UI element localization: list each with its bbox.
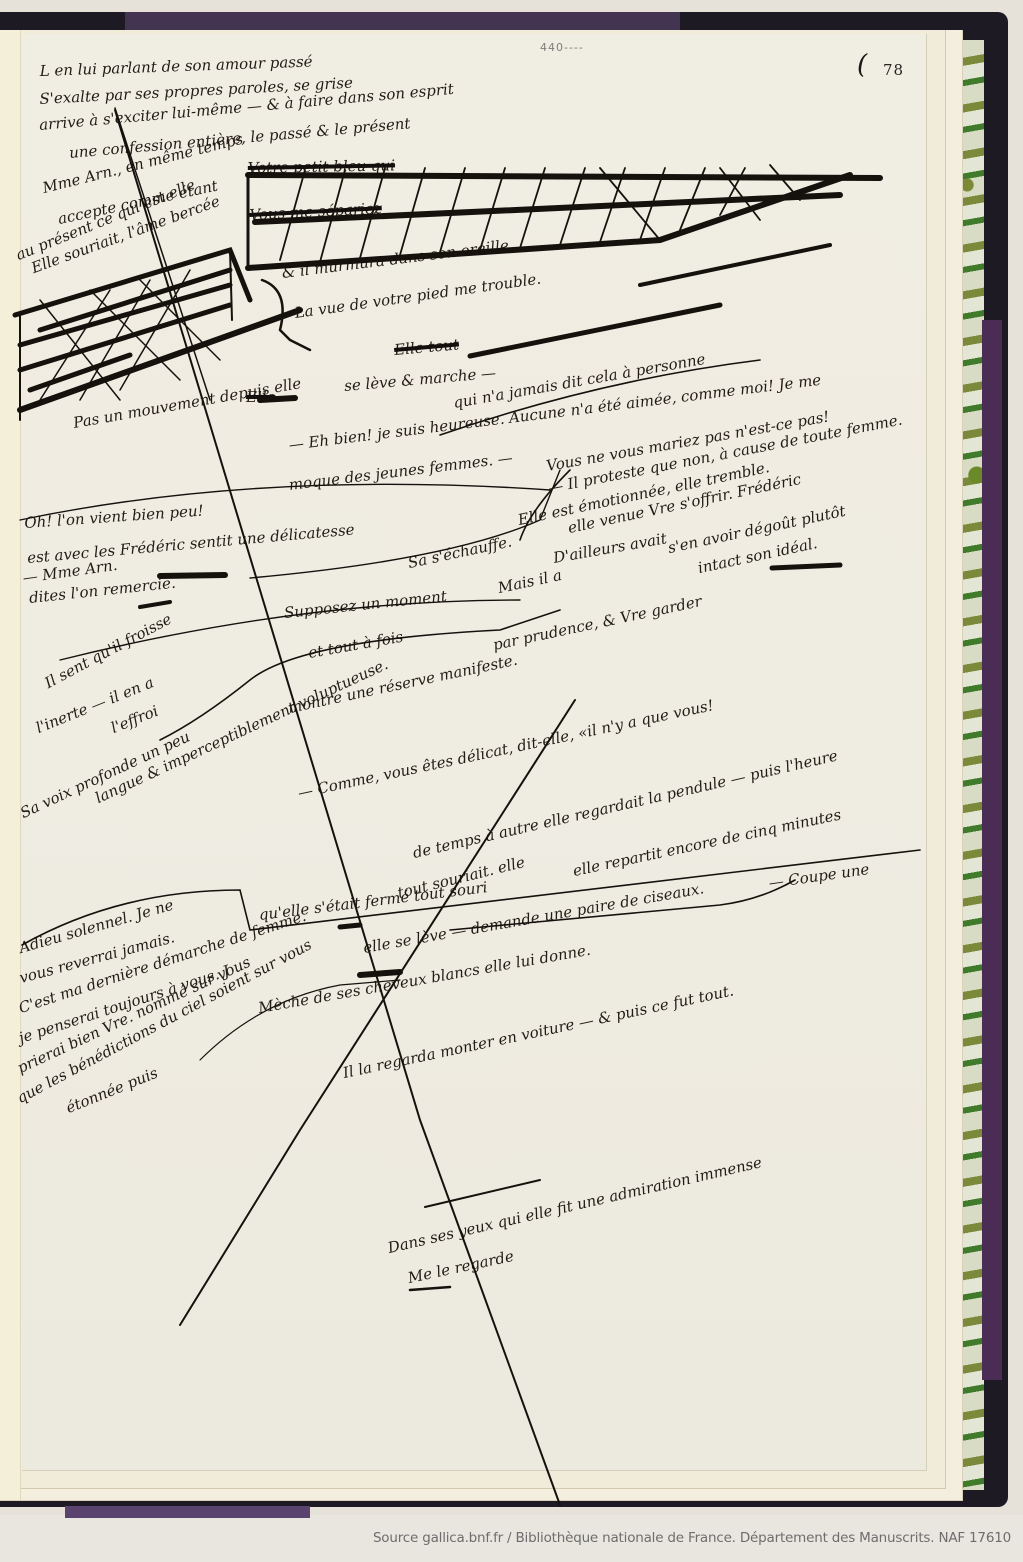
source-caption: Source gallica.bnf.fr / Bibliothèque nat…	[373, 1530, 1011, 1546]
folio-mark: (	[857, 50, 867, 80]
pencil-number: 440----	[540, 41, 584, 54]
cover-band-right	[982, 320, 1002, 1380]
cover-band-bottom	[65, 1506, 310, 1518]
folio-number: 78	[883, 61, 904, 79]
marbled-endpaper	[960, 40, 984, 1490]
struck-through-text: Votre petit bleu qui	[248, 156, 395, 177]
cover-band-top	[125, 12, 680, 32]
struck-through-text: Elle	[246, 388, 275, 406]
